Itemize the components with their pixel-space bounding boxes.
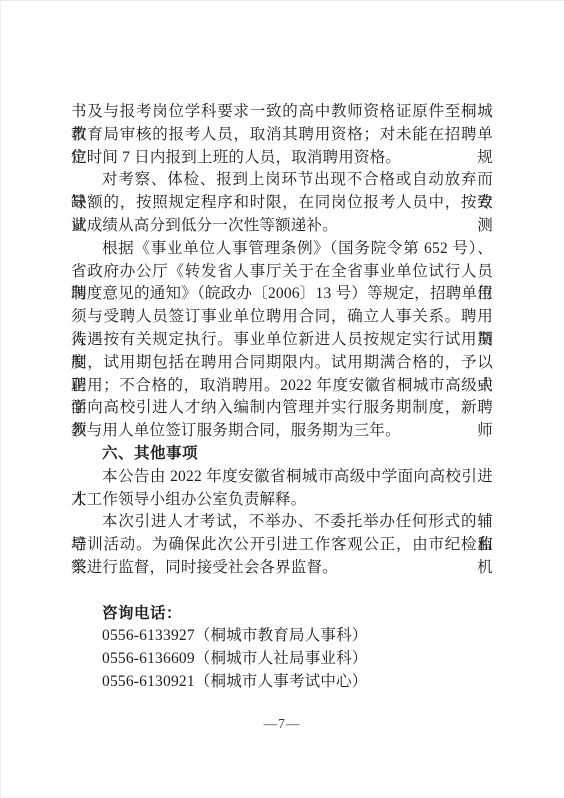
text-line: 才工作领导小组办公室负责解释。 [71, 489, 493, 512]
text-line: 本次引进人才考试，不举办、不委托举办任何形式的辅导和 [71, 511, 493, 534]
phone-line: 0556-6130921（桐城市人事考试中心） [71, 671, 493, 694]
phone-line: 0556-6136609（桐城市人社局事业科） [71, 648, 493, 671]
text-line: 省政府办公厅《转发省人事厅关于在全省事业单位试行人员聘用 [71, 261, 493, 284]
text-line: 教育局审核的报考人员，取消其聘用资格；对未能在招聘单位规 [71, 124, 493, 147]
text-line: 制度意见的通知》（皖政办〔2006〕13 号）等规定，招聘单位 [71, 283, 493, 306]
text-line: 面向高校引进人才纳入编制内管理并实行服务期制度，新聘教师 [71, 397, 493, 420]
text-line: 须与受聘人员签订事业单位聘用合同，确立人事关系。聘用人员 [71, 306, 493, 329]
phone-line: 0556-6133927（桐城市教育局人事科） [71, 625, 493, 648]
text-line: 对考察、体检、报到上岗环节出现不合格或自动放弃而导致 [71, 169, 493, 192]
text-line: 培训活动。为确保此次公开引进工作客观公正，由市纪检监察机 [71, 534, 493, 557]
text-line: 根据《事业单位人事管理条例》（国务院令第 652 号）、 [71, 238, 493, 261]
document-page: 书及与报考岗位学科要求一致的高中教师资格证原件至桐城市 教育局审核的报考人员，取… [0, 0, 564, 798]
text-line: 书及与报考岗位学科要求一致的高中教师资格证原件至桐城市 [71, 101, 493, 124]
text-line: 聘用；不合格的，取消聘用。2022 年度安徽省桐城市高级中学 [71, 375, 493, 398]
contact-heading: 咨询电话： [71, 603, 493, 626]
page-number: —7— [0, 716, 564, 732]
text-line: 待遇按有关规定执行。事业单位新进人员按规定实行试用期制 [71, 329, 493, 352]
text-line: 缺额的，按照规定程序和时限，在同岗位报考人员中，按专业测 [71, 192, 493, 215]
text-line: 度，试用期包括在聘用合同期限内。试用期满合格的，予以正式 [71, 352, 493, 375]
section-heading: 六、其他事项 [71, 443, 493, 466]
text-line: 本公告由 2022 年度安徽省桐城市高级中学面向高校引进人 [71, 466, 493, 489]
text-column: 书及与报考岗位学科要求一致的高中教师资格证原件至桐城市 教育局审核的报考人员，取… [71, 101, 493, 694]
